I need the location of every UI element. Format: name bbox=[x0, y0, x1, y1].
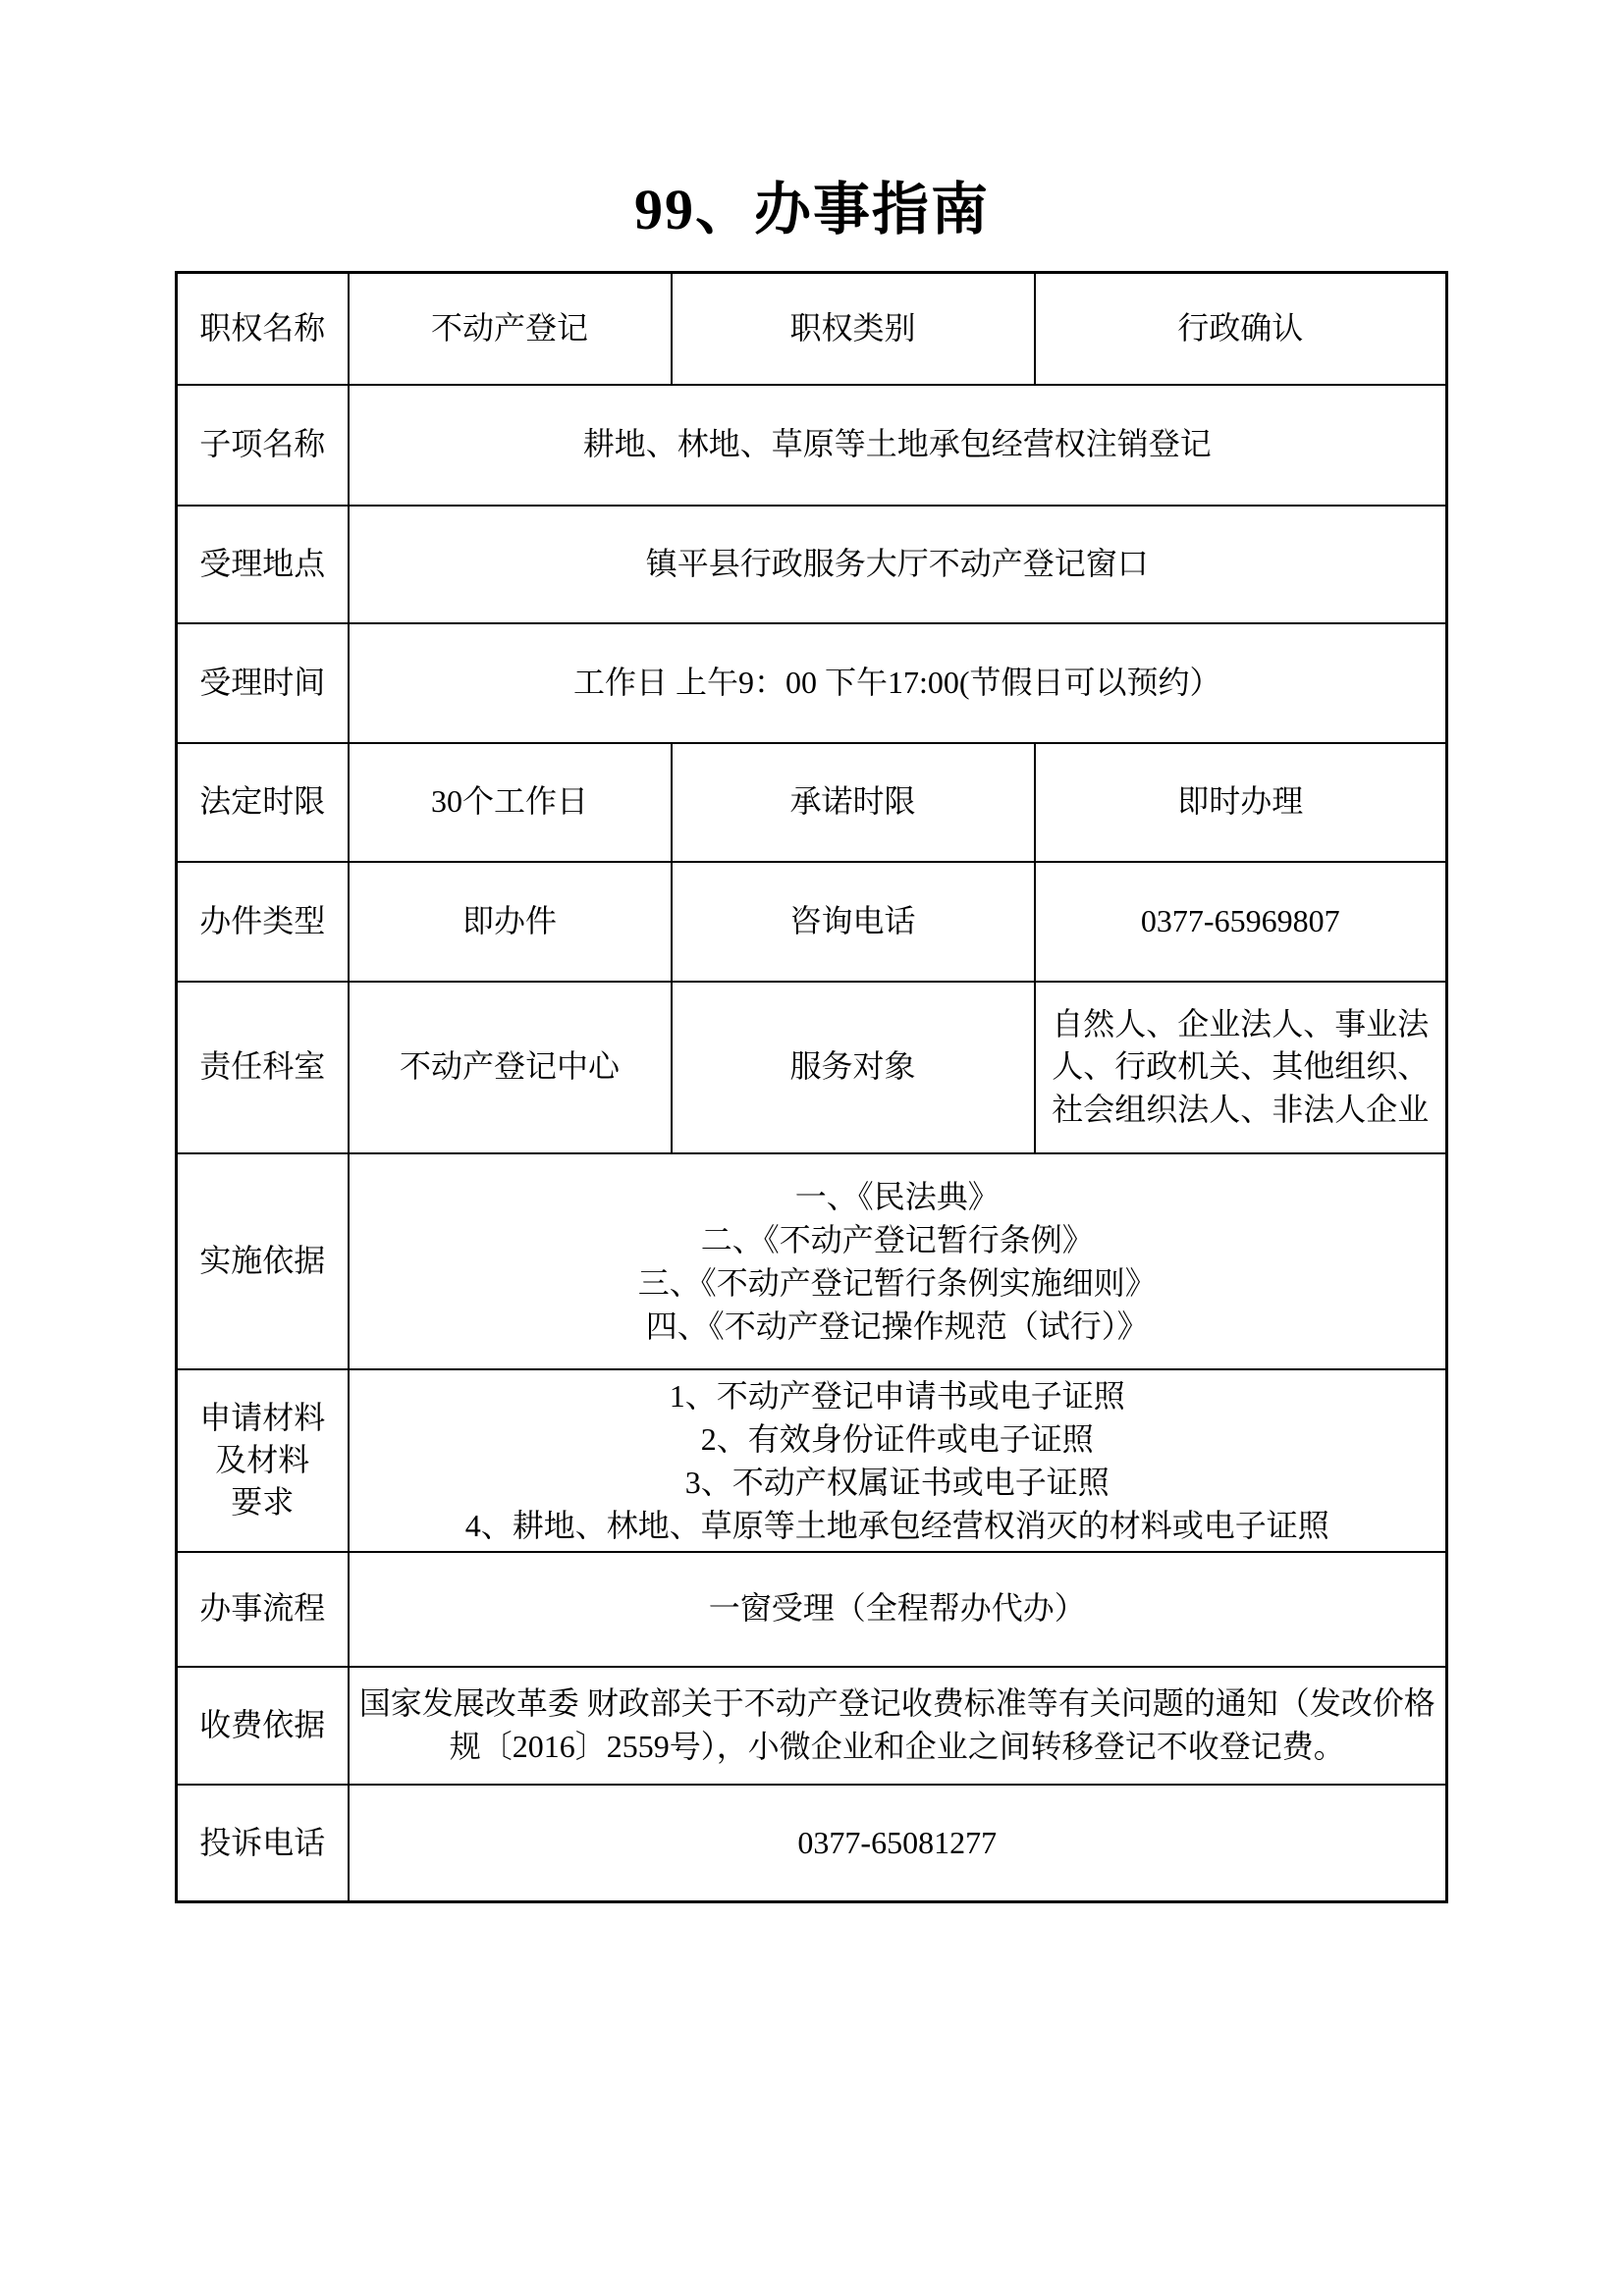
acceptance-time-label: 受理时间 bbox=[177, 623, 349, 743]
implementation-basis-list: 一、《民法典》 二、《不动产登记暂行条例》 三、《不动产登记暂行条例实施细则》 … bbox=[349, 1153, 1447, 1369]
complaint-phone-label: 投诉电话 bbox=[177, 1785, 349, 1902]
page-title: 99、办事指南 bbox=[0, 179, 1624, 241]
service-target-label: 服务对象 bbox=[672, 982, 1035, 1153]
application-materials-label: 申请材料 及材料 要求 bbox=[177, 1369, 349, 1552]
table-row: 责任科室 不动产登记中心 服务对象 自然人、企业法人、事业法人、行政机关、其他组… bbox=[177, 982, 1447, 1153]
responsible-department-value: 不动产登记中心 bbox=[349, 982, 672, 1153]
basis-item: 二、《不动产登记暂行条例》 bbox=[357, 1218, 1438, 1261]
handling-type-label: 办件类型 bbox=[177, 862, 349, 982]
responsible-department-label: 责任科室 bbox=[177, 982, 349, 1153]
complaint-phone-value: 0377-65081277 bbox=[349, 1785, 1447, 1902]
subitem-name-label: 子项名称 bbox=[177, 385, 349, 506]
consultation-phone-label: 咨询电话 bbox=[672, 862, 1035, 982]
subitem-name-value: 耕地、林地、草原等土地承包经营权注销登记 bbox=[349, 385, 1447, 506]
document-page: 99、办事指南 职权名称 不动产登记 职权类别 行政确认 子项名称 耕地、林地、… bbox=[0, 0, 1624, 2296]
service-guide-table: 职权名称 不动产登记 职权类别 行政确认 子项名称 耕地、林地、草原等土地承包经… bbox=[175, 271, 1448, 1903]
table-row: 收费依据 国家发展改革委 财政部关于不动产登记收费标准等有关问题的通知（发改价格… bbox=[177, 1667, 1447, 1785]
table-row: 子项名称 耕地、林地、草原等土地承包经营权注销登记 bbox=[177, 385, 1447, 506]
process-label: 办事流程 bbox=[177, 1552, 349, 1667]
table-row: 办事流程 一窗受理（全程帮办代办） bbox=[177, 1552, 1447, 1667]
table-row: 实施依据 一、《民法典》 二、《不动产登记暂行条例》 三、《不动产登记暂行条例实… bbox=[177, 1153, 1447, 1369]
implementation-basis-label: 实施依据 bbox=[177, 1153, 349, 1369]
process-value: 一窗受理（全程帮办代办） bbox=[349, 1552, 1447, 1667]
service-target-value: 自然人、企业法人、事业法人、行政机关、其他组织、社会组织法人、非法人企业 bbox=[1035, 982, 1447, 1153]
promised-time-limit-label: 承诺时限 bbox=[672, 743, 1035, 862]
handling-type-value: 即办件 bbox=[349, 862, 672, 982]
material-item: 3、不动产权属证书或电子证照 bbox=[357, 1461, 1438, 1504]
acceptance-place-value: 镇平县行政服务大厅不动产登记窗口 bbox=[349, 506, 1447, 623]
acceptance-time-value: 工作日 上午9：00 下午17:00(节假日可以预约） bbox=[349, 623, 1447, 743]
authority-type-value: 行政确认 bbox=[1035, 273, 1447, 385]
application-materials-list: 1、不动产登记申请书或电子证照 2、有效身份证件或电子证照 3、不动产权属证书或… bbox=[349, 1369, 1447, 1552]
table-row: 职权名称 不动产登记 职权类别 行政确认 bbox=[177, 273, 1447, 385]
basis-item: 三、《不动产登记暂行条例实施细则》 bbox=[357, 1261, 1438, 1305]
table-row: 投诉电话 0377-65081277 bbox=[177, 1785, 1447, 1902]
material-item: 4、耕地、林地、草原等土地承包经营权消灭的材料或电子证照 bbox=[357, 1504, 1438, 1547]
table-row: 申请材料 及材料 要求 1、不动产登记申请书或电子证照 2、有效身份证件或电子证… bbox=[177, 1369, 1447, 1552]
basis-item: 四、《不动产登记操作规范（试行）》 bbox=[357, 1305, 1438, 1348]
material-item: 1、不动产登记申请书或电子证照 bbox=[357, 1374, 1438, 1417]
table-row: 办件类型 即办件 咨询电话 0377-65969807 bbox=[177, 862, 1447, 982]
fee-basis-value: 国家发展改革委 财政部关于不动产登记收费标准等有关问题的通知（发改价格规〔201… bbox=[349, 1667, 1447, 1785]
promised-time-limit-value: 即时办理 bbox=[1035, 743, 1447, 862]
table-row: 受理时间 工作日 上午9：00 下午17:00(节假日可以预约） bbox=[177, 623, 1447, 743]
statutory-time-limit-label: 法定时限 bbox=[177, 743, 349, 862]
consultation-phone-value: 0377-65969807 bbox=[1035, 862, 1447, 982]
authority-name-value: 不动产登记 bbox=[349, 273, 672, 385]
fee-basis-label: 收费依据 bbox=[177, 1667, 349, 1785]
table-row: 受理地点 镇平县行政服务大厅不动产登记窗口 bbox=[177, 506, 1447, 623]
basis-item: 一、《民法典》 bbox=[357, 1175, 1438, 1218]
statutory-time-limit-value: 30个工作日 bbox=[349, 743, 672, 862]
table-row: 法定时限 30个工作日 承诺时限 即时办理 bbox=[177, 743, 1447, 862]
acceptance-place-label: 受理地点 bbox=[177, 506, 349, 623]
material-item: 2、有效身份证件或电子证照 bbox=[357, 1417, 1438, 1461]
authority-name-label: 职权名称 bbox=[177, 273, 349, 385]
authority-type-label: 职权类别 bbox=[672, 273, 1035, 385]
